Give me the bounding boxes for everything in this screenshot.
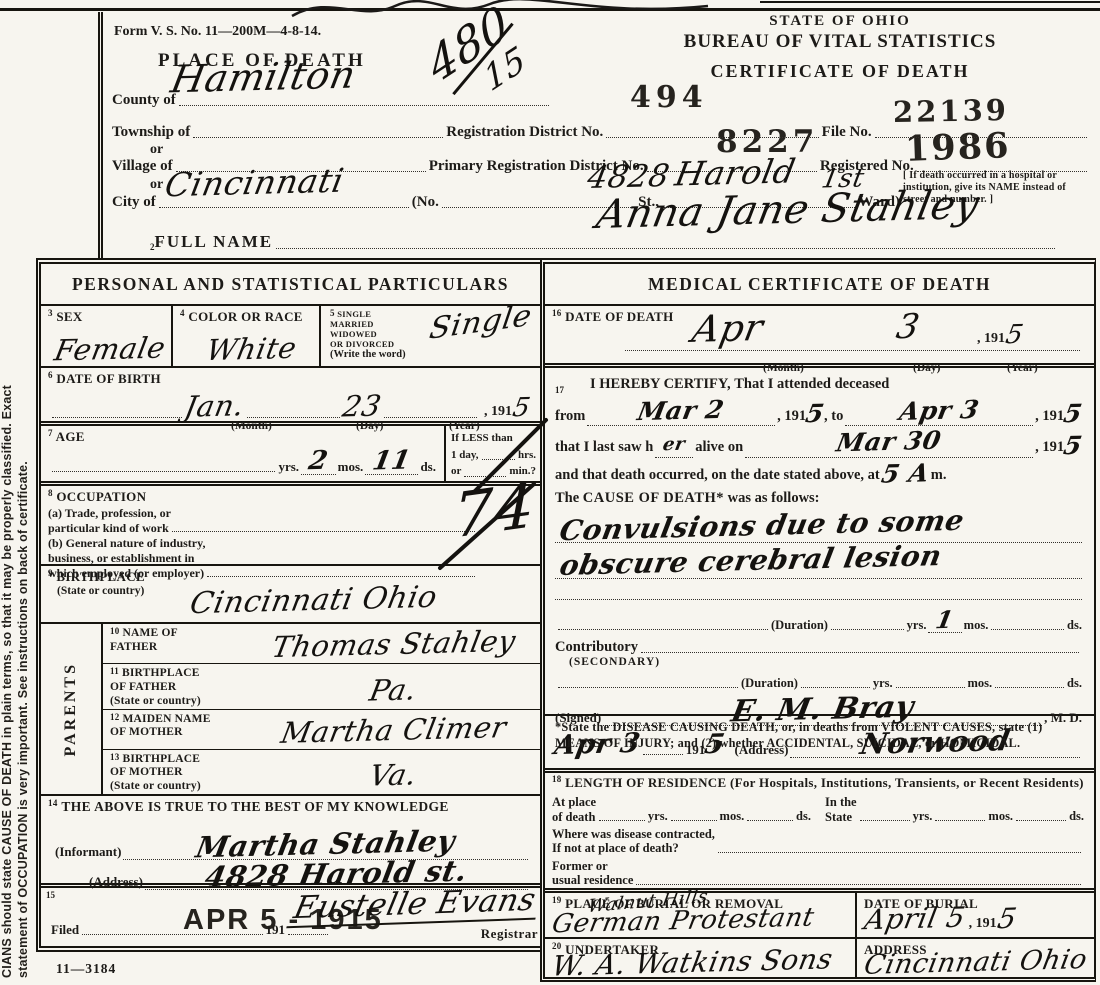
dotted-line <box>558 627 768 630</box>
to-field: Apr 3 <box>845 398 1033 427</box>
race-label: COLOR OR RACE <box>188 309 302 324</box>
duration-days-label: ds. <box>1067 618 1082 633</box>
dotted-line <box>606 135 818 138</box>
date-of-burial-cell: DATE OF BURIAL April 5 , 191 5 <box>857 893 1094 937</box>
city-label: City of <box>112 194 156 211</box>
mother-name-label-2: OF MOTHER <box>110 726 183 738</box>
residence-duration-row: At placeof death yrs. mos. ds. In theSta… <box>552 795 1084 824</box>
father-birthplace-item-number: 11 <box>110 666 119 676</box>
cause-pre: The <box>555 489 579 509</box>
place-of-burial-cell: 19 PLACE OF BURIAL OR REMOVAL Walnut Hil… <box>545 893 857 937</box>
dob-value-line: Jan. 23 , 191 5 <box>49 392 530 421</box>
birthplace-label: BIRTHPLACE <box>56 569 145 584</box>
bureau-title: BUREAU OF VITAL STATISTICS <box>590 31 1090 53</box>
disease-contracted-line: Where was disease contracted,If not at p… <box>552 827 1084 856</box>
filed-registrar-row: 15 APR 5 - 1915 Filed 191 Eustelle Evans… <box>41 888 540 946</box>
age-header: 7 AGE <box>41 426 444 445</box>
occupation-item-number: 8 <box>48 488 53 498</box>
street-value: Harold <box>673 154 799 190</box>
to-year-handwritten: 5 <box>1062 401 1085 426</box>
burial-date-value: April 5 <box>862 904 967 935</box>
dotted-line <box>276 246 1055 249</box>
mother-birthplace-row: 13 BIRTHPLACE OF MOTHER (State or countr… <box>103 750 540 794</box>
burial-item-number: 19 <box>552 895 562 905</box>
file-number-label: File No. <box>822 124 872 141</box>
father-birthplace-label-1: BIRTHPLACE <box>122 667 200 679</box>
house-number-label: (No. <box>412 194 439 211</box>
last-saw-label: that I last saw h <box>555 438 653 458</box>
mother-birthplace-label-1: BIRTHPLACE <box>122 753 200 765</box>
father-birthplace-hint: (State or country) <box>110 695 201 707</box>
duration-label: (Duration) <box>771 618 828 633</box>
months-label: mos. <box>338 459 364 475</box>
registration-district-number-stamp: 494 <box>630 80 708 115</box>
knowledge-item-number: 14 <box>48 798 58 808</box>
residence-label: LENGTH OF RESIDENCE (For Hospitals, Inst… <box>565 775 1084 790</box>
duration-months-label: mos. <box>964 618 989 633</box>
contracted-label-1: Where was disease contracted, <box>552 827 715 841</box>
certify-intro-line: 17 I HEREBY CERTIFY, That I attended dec… <box>555 375 1082 395</box>
parents-rows: 10 NAME OF FATHER Thomas Stahley 11 BIRT… <box>103 624 540 794</box>
dotted-line <box>747 818 793 821</box>
contracted-label-2: If not at place of death? <box>552 841 679 855</box>
parents-label: PARENTS <box>62 662 80 757</box>
father-birthplace-row: 11 BIRTHPLACE OF FATHER (State or countr… <box>103 664 540 709</box>
cause-label: CAUSE OF DEATH* <box>583 489 724 509</box>
undertaker-cell: 20 UNDERTAKER W. A. Watkins Sons <box>545 939 857 977</box>
burial-date-line: April 5 , 191 5 <box>865 905 1016 933</box>
mother-name-header: 12 MAIDEN NAME OF MOTHER <box>103 710 258 749</box>
registration-district-label: Registration District No. <box>446 124 603 141</box>
sex-item-number: 3 <box>48 308 53 318</box>
undertaker-address-value: Cincinnati Ohio <box>862 946 1089 979</box>
birthplace-value: Cincinnati Ohio <box>188 583 440 619</box>
in-state-label-1: In the <box>825 795 857 809</box>
dotted-line <box>995 685 1064 688</box>
cause-handwritten-line1: Convulsions due to some <box>555 510 1082 543</box>
contributory-label: Contributory <box>555 639 638 656</box>
alive-on-label: alive on <box>695 438 743 458</box>
mother-name-field: Martha Climer <box>253 716 534 745</box>
duration-line-secondary: (Duration) yrs. mos. ds. <box>555 676 1082 691</box>
res-days-label: ds. <box>796 809 811 824</box>
cause-handwritten-line2: obscure cerebral lesion <box>555 545 1082 578</box>
from-label: from <box>555 407 585 427</box>
stray-slash-mark <box>434 482 544 572</box>
dotted-line <box>801 685 870 688</box>
occupation-row: 8 OCCUPATION (a) Trade, profession, or p… <box>41 486 540 566</box>
knowledge-statement: 14 THE ABOVE IS TRUE TO THE BEST OF MY K… <box>41 796 540 815</box>
last-saw-line: that I last saw h er alive on Mar 30 , 1… <box>555 429 1082 458</box>
header-left-border <box>98 12 103 258</box>
dotted-line <box>193 135 443 138</box>
township-label: Township of <box>112 124 190 141</box>
burial-year-handwritten: 5 <box>995 905 1019 933</box>
mother-name-label-1: MAIDEN NAME <box>122 713 210 725</box>
dotted-line <box>896 685 965 688</box>
from-year-printed: , 191 <box>777 407 806 427</box>
father-birthplace-label-2: OF FATHER <box>110 681 176 693</box>
certify-intro-bold: I HEREBY CERTIFY, <box>590 375 731 395</box>
race-value: White <box>204 334 299 365</box>
age-item-number: 7 <box>48 428 53 438</box>
duration-line-primary: (Duration) yrs. 1 mos. ds. <box>555 608 1082 633</box>
mother-birthplace-header: 13 BIRTHPLACE OF MOTHER (State or countr… <box>103 750 258 794</box>
secondary-label: (SECONDARY) <box>569 656 1082 668</box>
former-label-1: Former or <box>552 859 608 873</box>
dod-year-handwritten: 5 <box>1004 322 1026 348</box>
years-label: yrs. <box>278 459 299 475</box>
burial-row: 19 PLACE OF BURIAL OR REMOVAL Walnut Hil… <box>545 893 1094 939</box>
father-name-value: Thomas Stahley <box>269 627 517 662</box>
to-label: , to <box>824 407 843 427</box>
township-row: Township of Registration District No. Fi… <box>112 124 1090 141</box>
dotted-line <box>384 415 477 418</box>
dob-day-value: 23 <box>340 392 384 422</box>
mother-birthplace-item-number: 13 <box>110 752 119 762</box>
at-place-of-death-half: At placeof death yrs. mos. ds. <box>552 795 811 824</box>
cause-of-death-label-line: The CAUSE OF DEATH* was as follows: <box>555 489 1082 509</box>
age-days-value: 11 <box>371 448 413 475</box>
dotted-line <box>831 627 904 630</box>
village-label: Village of <box>112 158 173 175</box>
birthplace-header: 9 BIRTHPLACE <box>41 566 540 585</box>
at-place-label: At placeof death <box>552 795 596 824</box>
father-birthplace-value: Pa. <box>368 675 420 705</box>
mother-birthplace-field: Va. <box>253 761 534 790</box>
sex-race-marital-row: 3 SEX Female 4 COLOR OR RACE White 5 SIN… <box>41 306 540 368</box>
race-cell: 4 COLOR OR RACE White <box>171 306 319 366</box>
sex-value: Female <box>52 334 168 366</box>
sex-cell: 3 SEX Female <box>41 306 171 366</box>
sex-header: 3 SEX <box>41 306 171 325</box>
sex-label: SEX <box>56 309 82 324</box>
former-label-2: usual residence <box>552 873 633 887</box>
or-label: or <box>451 463 461 480</box>
registrar-signature: Eustelle Evans <box>286 885 542 929</box>
or-label: or <box>150 142 163 158</box>
dotted-line <box>875 135 1087 138</box>
state-title: STATE OF OHIO <box>590 13 1090 30</box>
informant-label: (Informant) <box>55 844 121 860</box>
filed-label: Filed <box>51 922 79 938</box>
personal-statistical-section: PERSONAL AND STATISTICAL PARTICULARS 3 S… <box>36 258 540 952</box>
form-code: 11—3184 <box>56 961 116 977</box>
in-state-label-2: State <box>825 810 852 824</box>
duration-years-label-2: yrs. <box>873 676 893 691</box>
dotted-line <box>671 818 717 821</box>
state-months-label: mos. <box>988 809 1013 824</box>
from-year-handwritten: 5 <box>804 401 827 426</box>
dotted-line <box>935 818 985 821</box>
dod-item-number: 16 <box>552 308 562 318</box>
to-value: Apr 3 <box>897 397 981 424</box>
knowledge-label: THE ABOVE IS TRUE TO THE BEST OF MY KNOW… <box>61 799 448 814</box>
occurred-time-handwritten: 5 A <box>879 460 931 486</box>
mother-birthplace-value: Va. <box>368 760 420 790</box>
duration-months-value: 1 <box>934 607 956 631</box>
duration-months-field: 1 <box>928 608 961 633</box>
father-name-field: Thomas Stahley <box>253 630 534 659</box>
or-label: or <box>150 177 163 193</box>
days-label: ds. <box>420 459 436 475</box>
attended-from-line: from Mar 2 , 191 5 , to Apr 3 , 191 5 <box>555 398 1082 427</box>
father-name-label-1: NAME OF <box>122 627 177 639</box>
occupation-a-line2: particular kind of work <box>48 521 169 536</box>
cause-post: was as follows: <box>728 489 820 509</box>
full-name-value: Anna Jane Stahley <box>593 185 982 235</box>
father-birthplace-header: 11 BIRTHPLACE OF FATHER (State or countr… <box>103 664 258 708</box>
blank-dotted-line <box>555 579 1082 600</box>
cause-value-line2: obscure cerebral lesion <box>557 540 944 582</box>
mother-birthplace-hint: (State or country) <box>110 780 201 792</box>
top-border-line-upper <box>760 1 1100 3</box>
duration-days-label-2: ds. <box>1067 676 1082 691</box>
dotted-line <box>159 205 409 208</box>
margin-note-line2: statement of OCCUPATION is very importan… <box>16 16 30 978</box>
mother-name-row: 12 MAIDEN NAME OF MOTHER Martha Climer <box>103 710 540 750</box>
father-name-header: 10 NAME OF FATHER <box>103 624 258 663</box>
duration-label-2: (Duration) <box>741 676 798 691</box>
from-field: Mar 2 <box>587 398 775 427</box>
mother-name-value: Martha Climer <box>278 713 508 748</box>
at-place-label-1: At place <box>552 795 596 809</box>
dotted-line <box>179 103 549 106</box>
father-name-label-2: FATHER <box>110 641 157 653</box>
marital-cell: 5 SINGLE MARRIED WIDOWED OR DIVORCED (Wr… <box>319 306 540 366</box>
dotted-line <box>860 818 910 821</box>
age-days-field: 11 <box>365 448 418 475</box>
informant-section: 14 THE ABOVE IS TRUE TO THE BEST OF MY K… <box>41 796 540 888</box>
dotted-line <box>52 415 182 418</box>
house-number-value: 4828 <box>585 161 672 194</box>
certification-block: 17 I HEREBY CERTIFY, That I attended dec… <box>545 368 1094 716</box>
occurred-meridiem-label: m. <box>931 466 947 486</box>
dod-label: DATE OF DEATH <box>565 309 673 324</box>
cause-footnote: *State the DISEASE CAUSING DEATH, or, in… <box>545 716 1094 773</box>
in-state-half: In theState yrs. mos. ds. <box>825 795 1084 824</box>
dotted-line <box>599 818 645 821</box>
date-of-death-row: 16 DATE OF DEATH Apr 3 , 191 5 (Month) (… <box>545 306 1094 368</box>
to-year-printed: , 191 <box>1035 407 1064 427</box>
residence-header: 18 LENGTH OF RESIDENCE (For Hospitals, I… <box>552 775 1084 791</box>
res-months-label: mos. <box>720 809 745 824</box>
age-months-field: 2 <box>301 448 336 475</box>
dotted-line <box>991 627 1064 630</box>
father-name-row: 10 NAME OF FATHER Thomas Stahley <box>103 624 540 664</box>
saw-pronoun-handwritten: er <box>662 436 687 455</box>
occupation-label: OCCUPATION <box>56 489 146 504</box>
registrar-label: Registrar <box>283 926 538 942</box>
full-name-label: FULL NAME <box>155 232 274 252</box>
birthplace-row: 9 BIRTHPLACE (State or country) Cincinna… <box>41 566 540 624</box>
dotted-line <box>1016 818 1066 821</box>
residence-item-number: 18 <box>552 774 562 784</box>
saw-year-handwritten: 5 <box>1062 432 1085 457</box>
margin-note-line1: CIANS should state CAUSE OF DEATH in pla… <box>0 16 14 978</box>
marital-option-single: SINGLE <box>337 309 371 319</box>
saw-date-value: Mar 30 <box>835 428 944 456</box>
parents-section: PARENTS 10 NAME OF FATHER Thomas Stahley… <box>41 624 540 796</box>
duration-years-label: yrs. <box>907 618 927 633</box>
certify-intro-rest: That I attended deceased <box>734 375 889 395</box>
saw-pronoun-field: er <box>655 436 693 458</box>
dotted-line <box>636 882 1081 885</box>
former-residence-label: Former orusual residence <box>552 859 633 888</box>
medical-section-title: MEDICAL CERTIFICATE OF DEATH <box>545 264 1094 306</box>
saw-year-printed: , 191 <box>1035 438 1064 458</box>
dod-year: , 191 5 <box>973 322 1023 348</box>
undertaker-address-cell: ADDRESS Cincinnati Ohio <box>857 939 1094 977</box>
age-main-cell: 7 AGE yrs. 2 mos. 11 ds. <box>41 426 444 481</box>
contributory-line: Contributory <box>555 639 1082 656</box>
dotted-line <box>247 415 340 418</box>
form-number: Form V. S. No. 11—200M—4-8-14. <box>114 24 321 40</box>
contracted-label: Where was disease contracted,If not at p… <box>552 827 715 856</box>
dotted-line <box>172 529 475 532</box>
dod-year-printed: , 191 <box>977 331 1005 347</box>
burial-year-printed: , 191 <box>969 916 997 932</box>
county-label: County of <box>112 92 176 109</box>
dob-header: 6 DATE OF BIRTH <box>41 368 540 387</box>
dotted-line <box>718 850 1081 853</box>
undertaker-row: 20 UNDERTAKER W. A. Watkins Sons ADDRESS… <box>545 939 1094 977</box>
age-row: 7 AGE yrs. 2 mos. 11 ds. If LESS than 1 … <box>41 426 540 486</box>
age-months-value: 2 <box>307 448 331 474</box>
filed-item-number: 15 <box>46 891 55 900</box>
dob-item-number: 6 <box>48 370 53 380</box>
occupation-a-line2-row: particular kind of work <box>48 521 478 536</box>
agency-block: STATE OF OHIO BUREAU OF VITAL STATISTICS… <box>590 13 1090 82</box>
medical-certificate-section: MEDICAL CERTIFICATE OF DEATH 16 DATE OF … <box>540 258 1096 982</box>
death-occurred-line: and that death occurred, on the date sta… <box>555 461 1082 486</box>
state-years-label: yrs. <box>913 809 933 824</box>
from-value: Mar 2 <box>636 396 727 423</box>
dod-month-value: Apr <box>689 309 766 348</box>
county-value: Hamilton <box>168 56 359 99</box>
certificate-title: CERTIFICATE OF DEATH <box>590 61 1090 82</box>
registrar-signature-area: Eustelle Evans Registrar <box>283 889 538 942</box>
state-days-label: ds. <box>1069 809 1084 824</box>
duration-months-label-2: mos. <box>968 676 993 691</box>
dob-month-value: Jan. <box>182 391 247 422</box>
race-header: 4 COLOR OR RACE <box>173 306 319 325</box>
age-value-line: yrs. 2 mos. 11 ds. <box>49 448 436 475</box>
certify-item-number: 17 <box>555 386 564 395</box>
dotted-line <box>558 685 738 688</box>
father-birthplace-field: Pa. <box>253 676 534 705</box>
burial-place-line2: German Protestant <box>550 905 816 938</box>
in-state-label: In theState <box>825 795 857 824</box>
father-name-item-number: 10 <box>110 626 119 636</box>
occurred-label: and that death occurred, on the date sta… <box>555 466 880 486</box>
dotted-line <box>82 932 262 935</box>
personal-section-title: PERSONAL AND STATISTICAL PARTICULARS <box>41 264 540 306</box>
undertaker-value: W. A. Watkins Sons <box>550 945 835 980</box>
mother-name-item-number: 12 <box>110 712 119 722</box>
marital-item-number: 5 <box>330 308 335 318</box>
marital-hint: (Write the word) <box>321 349 540 360</box>
age-label: AGE <box>56 429 85 444</box>
city-value: Cincinnati <box>162 164 346 202</box>
race-item-number: 4 <box>180 308 185 318</box>
mother-birthplace-label-2: OF MOTHER <box>110 766 183 778</box>
at-place-label-2: of death <box>552 810 595 824</box>
dob-label: DATE OF BIRTH <box>56 371 161 386</box>
birthplace-item-number: 9 <box>48 568 53 578</box>
res-years-label: yrs. <box>648 809 668 824</box>
death-certificate-scan: CIANS should state CAUSE OF DEATH in pla… <box>0 0 1100 985</box>
former-residence-line: Former orusual residence <box>552 859 1084 888</box>
parents-vertical-label-cell: PARENTS <box>41 624 103 794</box>
dotted-line <box>52 469 275 472</box>
length-of-residence-section: 18 LENGTH OF RESIDENCE (For Hospitals, I… <box>545 773 1094 893</box>
saw-date-field: Mar 30 <box>745 429 1033 458</box>
dotted-line <box>641 650 1079 653</box>
